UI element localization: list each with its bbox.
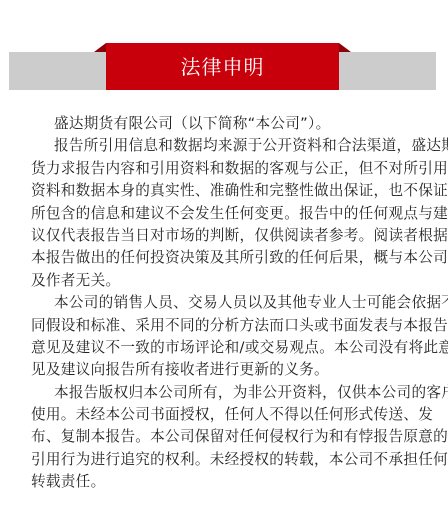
legal-disclaimer-body: 盛达期货有限公司（以下简称“本公司”）。 报告所引用信息和数据均来源于公开资料和…	[31, 113, 421, 494]
paragraph-copyright-line: 使用。未经本公司书面授权，任何人不得以任何形式传送、发	[31, 404, 421, 426]
paragraph-sources-line: 及作者无关。	[31, 270, 421, 292]
banner-red-ribbon: 法律申明	[106, 43, 339, 90]
banner-fold-left	[94, 43, 106, 52]
paragraph-staff-line: 意见及建议不一致的市场评论和/或交易观点。本公司没有将此意	[31, 337, 421, 359]
paragraph-sources-line: 报告所引用信息和数据均来源于公开资料和合法渠道，盛达期	[31, 135, 421, 157]
paragraph-copyright-line: 转载责任。	[31, 471, 421, 493]
page-title: 法律申明	[181, 57, 265, 77]
paragraph-staff-line: 见及建议向报告所有接收者进行更新的义务。	[31, 359, 421, 381]
paragraph-staff-line: 同假设和标准、采用不同的分析方法而口头或书面发表与本报告	[31, 315, 421, 337]
paragraph-sources-line: 所包含的信息和建议不会发生任何变更。报告中的任何观点与建	[31, 203, 421, 225]
title-banner: 法律申明	[0, 0, 448, 100]
paragraph-sources-line: 议仅代表报告当日对市场的判断，仅供阅读者参考。阅读者根据	[31, 225, 421, 247]
paragraph-sources-line: 本报告做出的任何投资决策及其所引致的任何后果，概与本公司	[31, 247, 421, 269]
paragraph-copyright-line: 引用行为进行追究的权利。未经授权的转载，本公司不承担任何	[31, 449, 421, 471]
paragraph-sources-line: 货力求报告内容和引用资料和数据的客观与公正，但不对所引用	[31, 158, 421, 180]
paragraph-staff-line: 本公司的销售人员、交易人员以及其他专业人士可能会依据不	[31, 292, 421, 314]
paragraph-sources-line: 资料和数据本身的真实性、准确性和完整性做出保证，也不保证	[31, 180, 421, 202]
banner-fold-right	[339, 43, 351, 52]
paragraph-company-line: 盛达期货有限公司（以下简称“本公司”）。	[31, 113, 421, 135]
paragraph-copyright-line: 布、复制本报告。本公司保留对任何侵权行为和有悖报告原意的	[31, 426, 421, 448]
paragraph-copyright-line: 本报告版权归本公司所有，为非公开资料，仅供本公司的客户	[31, 382, 421, 404]
